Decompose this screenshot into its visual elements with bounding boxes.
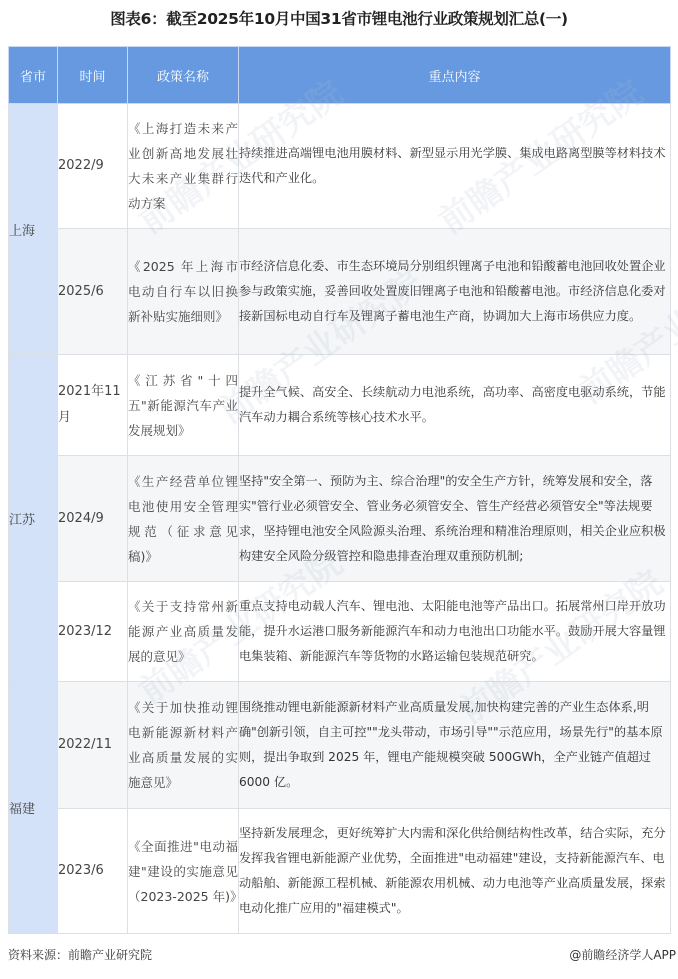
table-row: 2024/9 《生产经营单位锂电池使用安全管理规范（征求意见稿)》 坚持"安全第… (9, 456, 671, 582)
time-cell: 2023/12 (58, 582, 128, 682)
table-row: 2025/6 《2025 年上海市电动自行车以旧换新补贴实施细则》 市经济信息化… (9, 229, 671, 355)
policy-name-cell: 《生产经营单位锂电池使用安全管理规范（征求意见稿)》 (128, 456, 239, 582)
policy-name-cell: 《上海打造未来产业创新高地发展壮大未来产业集群行动方案 (128, 104, 239, 229)
content-cell: 提升全气候、高安全、长续航动力电池系统，高功率、高密度电驱动系统，节能汽车动力耦… (239, 355, 671, 456)
policy-name-cell: 《关于加快推动锂电新能源新材料产业高质量发展的实施意见》 (128, 682, 239, 809)
table-row: 2023/12 《关于支持常州新能源产业高质量发展的意见》 重点支持电动载人汽车… (9, 582, 671, 682)
content-cell: 坚持"安全第一、预防为主、综合治理"的安全生产方针，统筹发展和安全，落实"管行业… (239, 456, 671, 582)
province-cell: 江苏 (9, 355, 58, 682)
header-province: 省市 (9, 47, 58, 104)
province-cell: 上海 (9, 104, 58, 355)
footer: 资料来源：前瞻产业研究院 @前瞻经济学人APP (8, 946, 670, 964)
time-cell: 2021年11月 (58, 355, 128, 456)
time-cell: 2025/6 (58, 229, 128, 355)
time-cell: 2024/9 (58, 456, 128, 582)
policy-name-cell: 《全面推进"电动福建"建设的实施意见（2023-2025 年)》 (128, 809, 239, 934)
content-cell: 市经济信息化委、市生态环境局分别组织锂离子电池和铅酸蓄电池回收处置企业参与政策实… (239, 229, 671, 355)
content-cell: 持续推进高端锂电池用膜材料、新型显示用光学膜、集成电路离型膜等材料技术迭代和产业… (239, 104, 671, 229)
table-header-row: 省市 时间 政策名称 重点内容 (9, 47, 671, 104)
policy-table: 省市 时间 政策名称 重点内容 上海 2022/9 《上海打造未来产业创新高地发… (8, 46, 671, 934)
province-cell: 福建 (9, 682, 58, 934)
time-cell: 2022/9 (58, 104, 128, 229)
time-cell: 2023/6 (58, 809, 128, 934)
source-note: 资料来源：前瞻产业研究院 (8, 946, 152, 963)
header-time: 时间 (58, 47, 128, 104)
content-cell: 坚持新发展理念，更好统筹扩大内需和深化供给侧结构性改革，结合实际，充分发挥我省锂… (239, 809, 671, 934)
policy-name-cell: 《2025 年上海市电动自行车以旧换新补贴实施细则》 (128, 229, 239, 355)
content-cell: 围绕推动锂电新能源新材料产业高质量发展,加快构建完善的产业生态体系,明确"创新引… (239, 682, 671, 809)
content-cell: 重点支持电动载人汽车、锂电池、太阳能电池等产品出口。拓展常州口岸开放功能，提升水… (239, 582, 671, 682)
table-row: 2023/6 《全面推进"电动福建"建设的实施意见（2023-2025 年)》 … (9, 809, 671, 934)
brand-credit: @前瞻经济学人APP (569, 946, 676, 963)
header-key-content: 重点内容 (239, 47, 671, 104)
table-row: 上海 2022/9 《上海打造未来产业创新高地发展壮大未来产业集群行动方案 持续… (9, 104, 671, 229)
table-row: 江苏 2021年11月 《江苏省"十四五"新能源汽车产业发展规划》 提升全气候、… (9, 355, 671, 456)
time-cell: 2022/11 (58, 682, 128, 809)
chart-title: 图表6：截至2025年10月中国31省市锂电池行业政策规划汇总(一) (0, 8, 678, 30)
policy-name-cell: 《江苏省"十四五"新能源汽车产业发展规划》 (128, 355, 239, 456)
header-policy-name: 政策名称 (128, 47, 239, 104)
policy-name-cell: 《关于支持常州新能源产业高质量发展的意见》 (128, 582, 239, 682)
table-row: 福建 2022/11 《关于加快推动锂电新能源新材料产业高质量发展的实施意见》 … (9, 682, 671, 809)
